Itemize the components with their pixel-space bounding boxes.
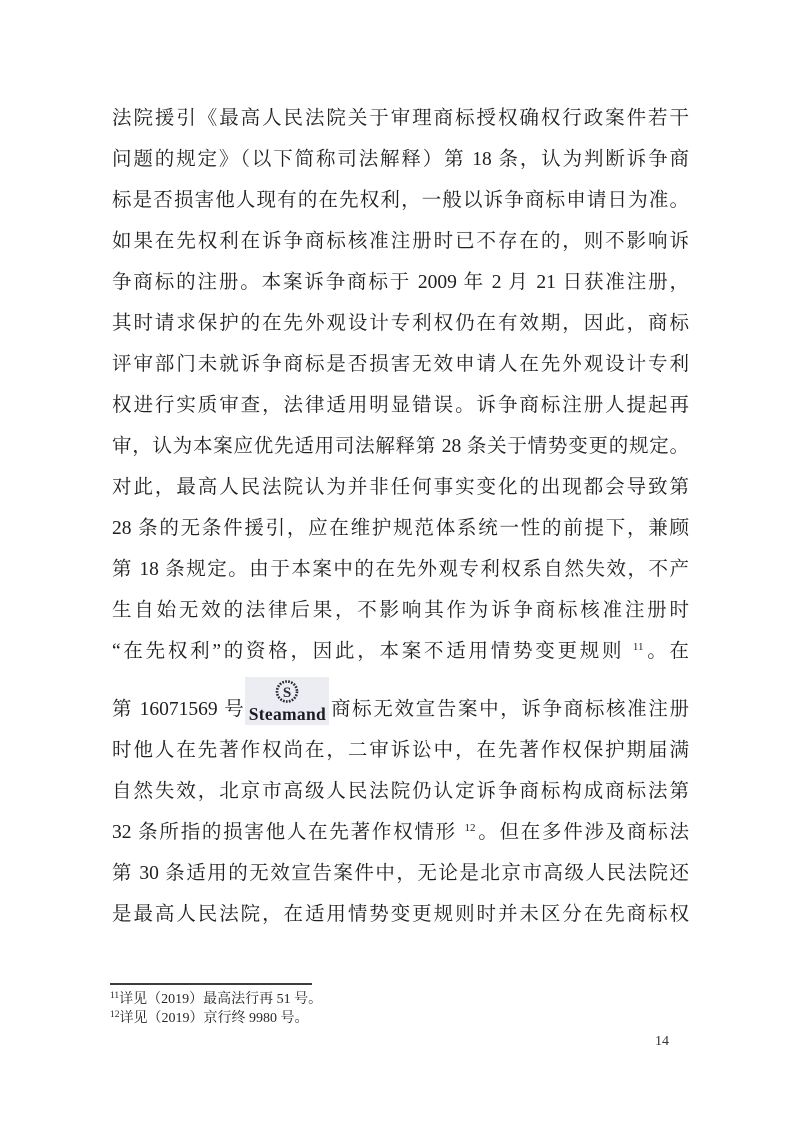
footnote-ref-12: 12: [463, 822, 476, 834]
footnote-12-text: 详见（2019）京行终 9980 号。: [120, 1011, 309, 1026]
body-line-text: 32 条所指的损害他人在先著作权情形: [112, 822, 463, 843]
body-line-text: 。但在多件涉及商标法: [476, 822, 689, 843]
emblem-letter: S: [283, 685, 291, 701]
body-line: 28 条的无条件援引，应在维护规范体系统一性的前提下，兼顾: [112, 508, 689, 549]
body-line: 生自始无效的法律后果，不影响其作为诉争商标核准注册时: [112, 590, 689, 631]
body-line-text: 。在: [645, 641, 690, 662]
body-line: 问题的规定》（以下简称司法解释）第 18 条，认为判断诉争商: [112, 139, 689, 180]
body-line: 是最高人民法院，在适用情势变更规则时并未区分在先商标权: [112, 894, 689, 935]
document-page: 法院援引《最高人民法院关于审理商标授权确权行政案件若干 问题的规定》（以下简称司…: [0, 0, 794, 1123]
body-line-text: “在先权利”的资格，因此，本案不适用情势变更规则: [112, 641, 632, 662]
footnote-12-marker: 12: [110, 1010, 120, 1020]
body-line: 对此，最高人民法院认为并非任何事实变化的出现都会导致第: [112, 467, 689, 508]
footnote-11-text: 详见（2019）最高法行再 51 号。: [119, 992, 322, 1007]
body-line: 自然失效，北京市高级人民法院仍认定诉争商标构成商标法第: [112, 771, 689, 812]
footnote-11-marker: 11: [110, 991, 119, 1001]
steamand-label: Steamand: [245, 705, 329, 723]
page-number: 14: [655, 1034, 669, 1050]
body-line: 争商标的注册。本案诉争商标于 2009 年 2 月 21 日获准注册，: [112, 262, 689, 303]
footnote-ref-11: 11: [632, 641, 645, 653]
body-line: 第 18 条规定。由于本案中的在先外观专利权系自然失效，不产: [112, 549, 689, 590]
footnote-12: 12详见（2019）京行终 9980 号。: [110, 1009, 670, 1028]
body-line: 时他人在先著作权尚在，二审诉讼中，在先著作权保护期届满: [112, 730, 689, 771]
footnote-separator-rule: [110, 983, 312, 985]
body-line: 法院援引《最高人民法院关于审理商标授权确权行政案件若干: [112, 98, 689, 139]
body-line-with-trademark-image: 第 16071569 号SSteamand商标无效宣告案中，诉争商标核准注册: [112, 672, 689, 730]
body-line-with-footnote-ref: “在先权利”的资格，因此，本案不适用情势变更规则 11。在: [112, 631, 689, 672]
body-line: 审，认为本案应优先适用司法解释第 28 条关于情势变更的规定。: [112, 426, 689, 467]
body-line-text: 第 16071569 号: [112, 699, 245, 720]
footnote-11: 11详见（2019）最高法行再 51 号。: [110, 990, 670, 1009]
body-line-with-footnote-ref: 32 条所指的损害他人在先著作权情形 12。但在多件涉及商标法: [112, 812, 689, 853]
body-line: 第 30 条适用的无效宣告案件中，无论是北京市高级人民法院还: [112, 853, 689, 894]
body-line: 评审部门未就诉争商标是否损害无效申请人在先外观设计专利: [112, 344, 689, 385]
body-line-text: 商标无效宣告案中，诉争商标核准注册: [329, 699, 689, 720]
body-line: 如果在先权利在诉争商标核准注册时已不存在的，则不影响诉: [112, 221, 689, 262]
footnotes-section: 11详见（2019）最高法行再 51 号。 12详见（2019）京行终 9980…: [110, 983, 670, 1028]
body-line: 其时请求保护的在先外观设计专利权仍在有效期，因此，商标: [112, 303, 689, 344]
body-line: 权进行实质审查，法律适用明显错误。诉争商标注册人提起再: [112, 385, 689, 426]
steamand-trademark-image: SSteamand: [245, 677, 329, 725]
body-paragraph: 法院援引《最高人民法院关于审理商标授权确权行政案件若干 问题的规定》（以下简称司…: [112, 98, 689, 935]
laurel-wreath-s-emblem-icon: S: [274, 678, 300, 705]
body-line: 标是否损害他人现有的在先权利，一般以诉争商标申请日为准。: [112, 180, 689, 221]
